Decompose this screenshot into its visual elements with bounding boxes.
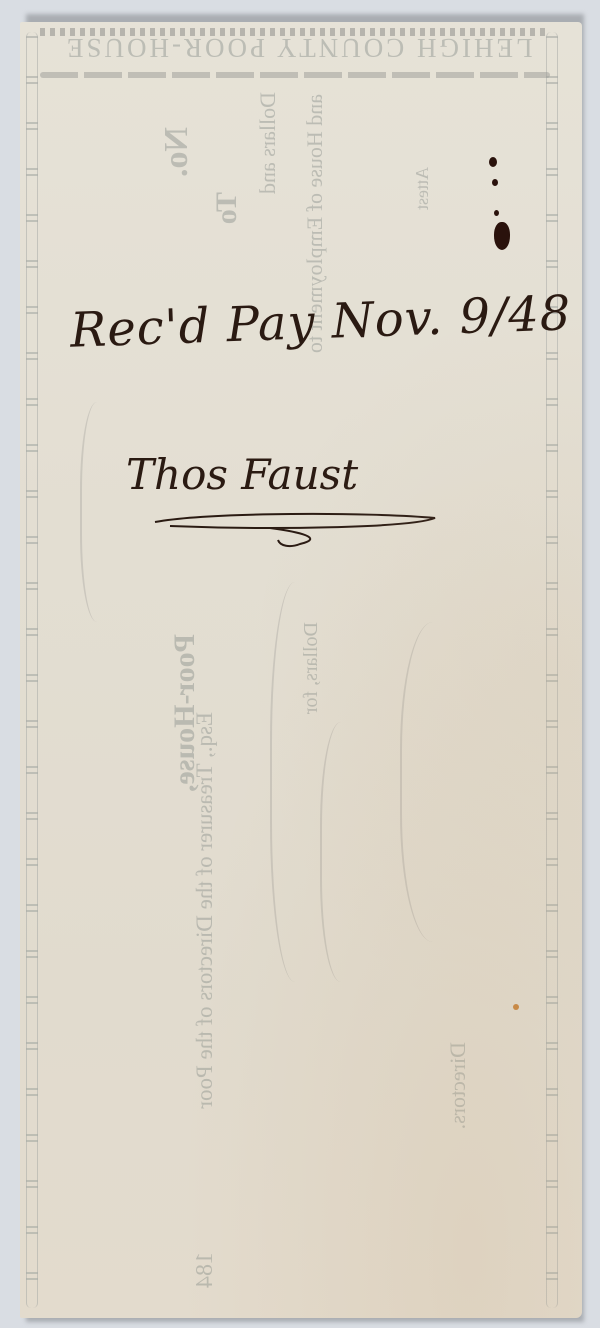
document-paper: LEHIGH COUNTY POOR-HOUSE No. To Dollars …	[20, 22, 582, 1318]
ink-spot	[494, 210, 499, 216]
show-through-attest-label: Attest	[412, 167, 433, 210]
foxing-spot	[513, 1004, 519, 1010]
decorative-border-right	[546, 32, 558, 1308]
faint-handwriting-show-through	[320, 722, 372, 982]
decorative-border-top-ovals	[40, 72, 550, 78]
signature: Thos Faust	[126, 450, 358, 499]
show-through-to-label: To	[210, 192, 244, 224]
faint-handwriting-show-through	[400, 622, 482, 942]
faint-handwriting-show-through	[80, 402, 122, 622]
show-through-header: LEHIGH COUNTY POOR-HOUSE	[64, 32, 532, 63]
ink-spot	[489, 157, 497, 167]
signature-flourish	[150, 510, 450, 550]
ink-spot	[492, 179, 498, 186]
show-through-number-label: No.	[158, 127, 196, 177]
ink-blot	[494, 222, 510, 250]
show-through-dollars-line: Dollars and	[255, 92, 281, 194]
show-through-year: 184	[192, 1252, 219, 1288]
receipt-note: Rec'd Pay Nov. 9/48	[69, 285, 572, 358]
decorative-border-left	[26, 32, 38, 1308]
show-through-directors-label: Directors.	[445, 1042, 471, 1129]
show-through-treasurer-line: Esq., Treasurer of the Directors of the …	[192, 712, 218, 1109]
